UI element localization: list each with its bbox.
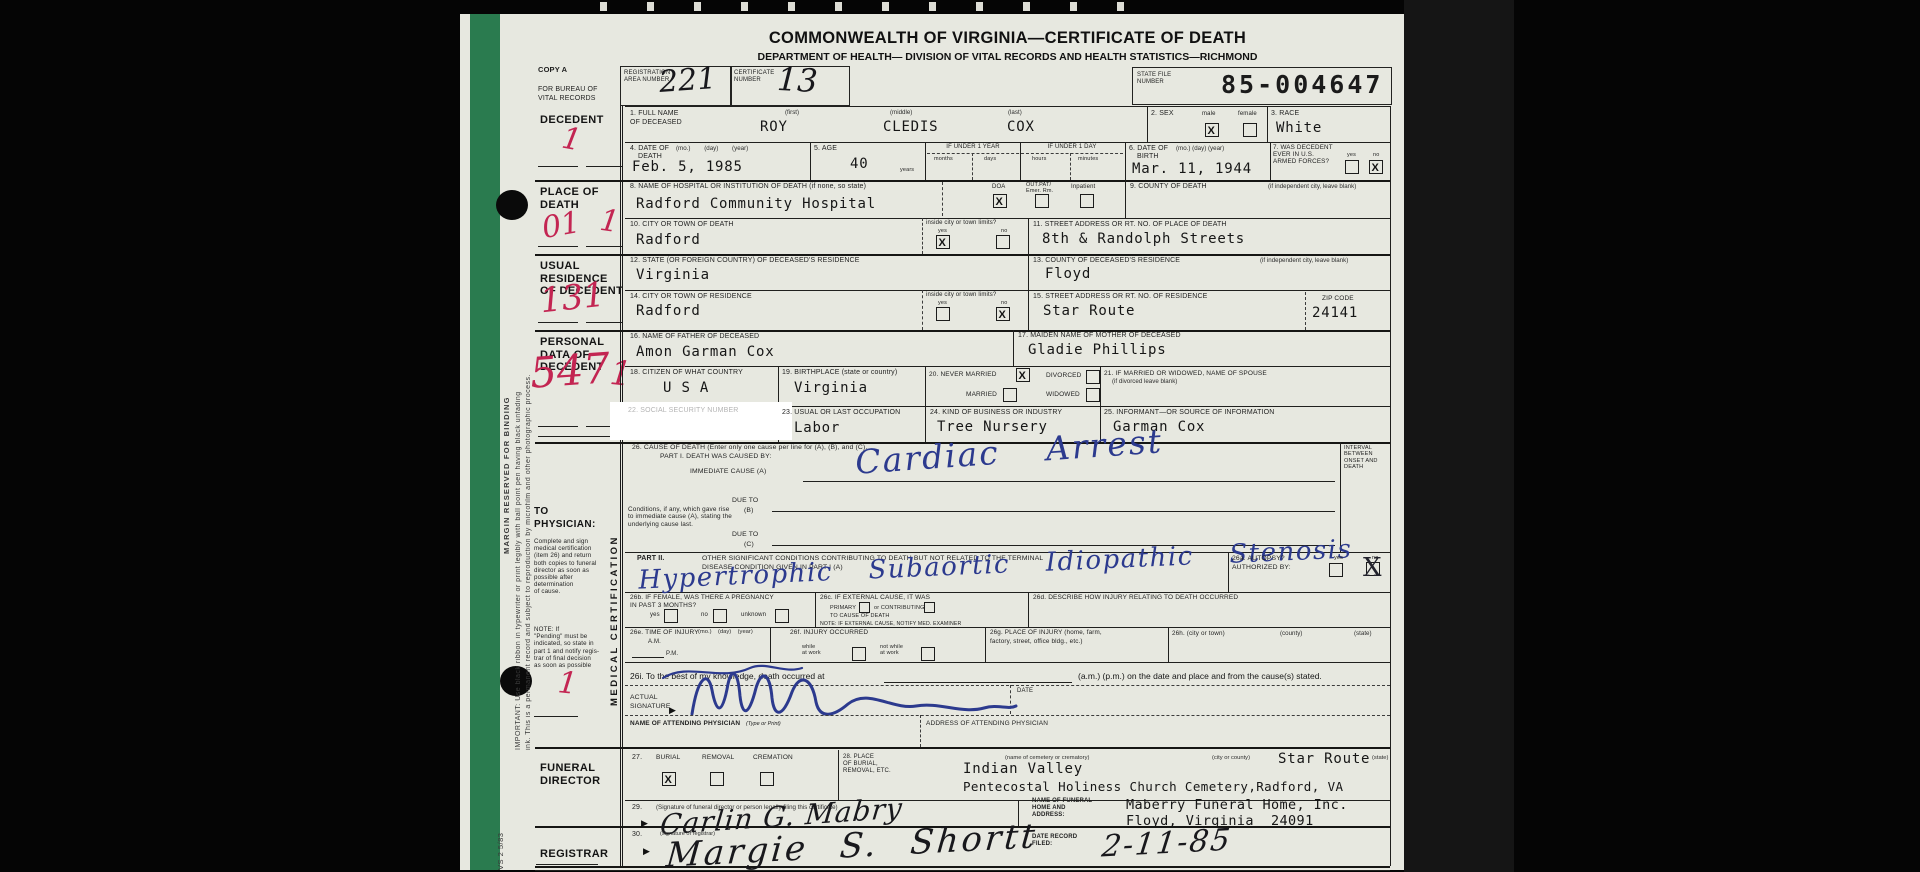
blank-line	[538, 322, 578, 323]
rule	[625, 627, 1390, 628]
field-5-value: 40	[850, 156, 868, 172]
rule	[927, 153, 1123, 154]
zip-value: 24141	[1312, 305, 1358, 321]
copy-for-label: FOR BUREAU OF VITAL RECORDS	[538, 86, 598, 103]
rule	[1125, 142, 1126, 180]
state-file-number-box: STATE FILE NUMBER 85-004647	[1132, 67, 1392, 105]
field-10-yes-label: yes	[938, 228, 947, 234]
zip-label: ZIP CODE	[1322, 295, 1354, 303]
field-17-label: 17. MAIDEN NAME OF MOTHER OF DECEASED	[1018, 332, 1181, 341]
form-code: VS 2 5/83	[496, 810, 505, 870]
minutes-label: minutes	[1078, 156, 1098, 162]
field-24-label: 24. KIND OF BUSINESS OR INDUSTRY	[930, 409, 1062, 418]
rule	[810, 142, 811, 180]
field-15-value: Star Route	[1043, 303, 1135, 319]
preg-no-label: no	[701, 612, 708, 619]
field-26f-label: 26f. INJURY OCCURRED	[790, 629, 868, 637]
field-28-hint-2: (city or county)	[1212, 755, 1250, 761]
checkbox-f14-inside-yes	[936, 307, 950, 321]
rule	[535, 870, 1390, 871]
death-certificate-document: MARGIN RESERVED FOR BINDING IMPORTANT: U…	[460, 14, 1404, 870]
scanner-backing	[1404, 0, 1514, 872]
rule	[925, 142, 926, 180]
checkbox-external-primary	[859, 602, 870, 613]
field-1-first-hint: (first)	[785, 109, 799, 116]
part-2-label: PART II.	[637, 555, 665, 564]
rule	[1125, 180, 1126, 218]
margin-binding-note: MARGIN RESERVED FOR BINDING	[502, 134, 511, 554]
field-14-label: 14. CITY OR TOWN OF RESIDENCE	[630, 293, 752, 302]
state-file-number-value: 85-004647	[1221, 70, 1383, 99]
field-25-label: 25. INFORMANT—OR SOURCE OF INFORMATION	[1104, 409, 1274, 418]
field-26e-hint: (mo.) (day) (year)	[698, 629, 753, 635]
burial-label: BURIAL	[656, 754, 680, 762]
rule	[535, 254, 1390, 256]
rule	[625, 366, 1390, 367]
field-5-years-label: years	[900, 167, 914, 173]
field-10-inside-label: inside city or town limits?	[926, 220, 996, 227]
pending-note: NOTE: If "Pending" must be indicated, so…	[534, 626, 624, 669]
field-3-value: White	[1276, 120, 1322, 136]
rule	[920, 715, 921, 747]
field-20-never-married-label: 20. NEVER MARRIED	[929, 371, 997, 379]
field-10-value: Radford	[636, 232, 701, 248]
field-23-value: Labor	[794, 420, 840, 436]
field-26-header-2: PART I. DEATH WAS CAUSED BY:	[660, 453, 771, 462]
field-15-label: 15. STREET ADDRESS OR RT. NO. OF RESIDEN…	[1033, 293, 1207, 302]
checkbox-burial	[662, 772, 676, 786]
date-record-filed-label: DATE RECORD FILED:	[1032, 834, 1077, 848]
field-8-label: 8. NAME OF HOSPITAL OR INSTITUTION OF DE…	[630, 183, 866, 192]
field-14-value: Radford	[636, 303, 701, 319]
state-file-number-label: STATE FILE NUMBER	[1137, 72, 1171, 86]
registration-number-box: REGISTRATION AREA NUMBER 221	[620, 66, 732, 106]
not-while-at-work-label: not while at work	[880, 644, 903, 656]
blank-line	[534, 716, 578, 717]
checkbox-cremation	[760, 772, 774, 786]
form-right-border	[1390, 106, 1391, 866]
blank-line	[538, 166, 578, 167]
checkbox-f10-inside-no	[996, 235, 1010, 249]
field-19-value: Virginia	[794, 380, 868, 396]
physician-instructions: Complete and sign medical certification …	[534, 538, 624, 596]
field-28-line-1: Indian Valley	[963, 761, 1083, 777]
certificate-number-value: 13	[776, 60, 819, 100]
due-to-c-sub: (C)	[744, 541, 754, 550]
checkbox-sex-female	[1243, 123, 1257, 137]
checkbox-injury-at-work	[852, 647, 866, 661]
attending-physician-name-hint: (Type or Print)	[746, 721, 781, 727]
checkbox-pregnancy-yes	[664, 609, 678, 623]
rule	[1267, 106, 1268, 142]
due-to-b-label: DUE TO	[732, 497, 758, 506]
field-26i-text-2: (a.m.) (p.m.) on the date and place and …	[1078, 671, 1322, 681]
field-16-value: Amon Garman Cox	[636, 344, 774, 360]
field-22-label: 22. SOCIAL SECURITY NUMBER	[628, 407, 738, 416]
field-12-value: Virginia	[636, 267, 710, 283]
am-label: A.M.	[648, 639, 661, 646]
hours-label: hours	[1032, 156, 1047, 162]
rule	[625, 106, 1390, 107]
field-27-label: 27.	[632, 754, 642, 763]
checkbox-outpatient	[1035, 194, 1049, 208]
checkbox-inpatient	[1080, 194, 1094, 208]
rule	[838, 750, 839, 800]
primary-label: PRIMARY	[830, 605, 856, 611]
field-9-label: 9. COUNTY OF DEATH	[1130, 183, 1207, 192]
months-label: months	[934, 156, 953, 162]
checkbox-f10-inside-yes	[936, 235, 950, 249]
field-13-label: 13. COUNTY OF DECEASED'S RESIDENCE	[1033, 257, 1180, 266]
margin-important-note-1: IMPORTANT: Use black ribbon in typewrite…	[515, 100, 522, 750]
blank-line	[536, 864, 598, 865]
rule	[535, 330, 1390, 332]
checkbox-forces-yes	[1345, 160, 1359, 174]
rule	[815, 592, 816, 627]
field-5-label: 5. AGE	[814, 145, 837, 154]
rule	[1305, 292, 1306, 330]
checkbox-external-contributing	[924, 602, 935, 613]
preg-yes-label: yes	[650, 612, 660, 619]
field-20-widowed-label: WIDOWED	[1046, 391, 1080, 399]
rule	[535, 747, 1390, 749]
blank-line	[586, 246, 622, 247]
rule	[535, 180, 1390, 182]
field-26-header-1: 26. CAUSE OF DEATH (Enter only one cause…	[632, 444, 867, 453]
rule	[925, 366, 926, 442]
rule	[922, 290, 923, 330]
checkbox-injury-not-at-work	[921, 647, 935, 661]
field-26c-label-2: TO CAUSE OF DEATH	[830, 613, 890, 619]
rule	[625, 715, 1390, 716]
attending-physician-name-label: NAME OF ATTENDING PHYSICIAN	[630, 720, 740, 728]
page-subtitle: DEPARTMENT OF HEALTH— DIVISION OF VITAL …	[625, 51, 1390, 63]
doa-label: DOA	[992, 184, 1005, 191]
rule	[1070, 153, 1071, 180]
days-label: days	[984, 156, 996, 162]
certificate-number-label: CERTIFICATE NUMBER	[734, 70, 774, 84]
field-30-label: 30.	[632, 831, 642, 840]
checkbox-sex-male	[1205, 123, 1219, 137]
attending-physician-address-label: ADDRESS OF ATTENDING PHYSICIAN	[926, 720, 1048, 728]
funeral-home-line-1: Maberry Funeral Home, Inc.	[1126, 797, 1348, 813]
page-title: COMMONWEALTH OF VIRGINIA—CERTIFICATE OF …	[625, 29, 1390, 48]
rule	[1168, 627, 1169, 662]
rule	[1028, 592, 1029, 627]
hole-punch-top	[496, 190, 528, 220]
immediate-cause-label: IMMEDIATE CAUSE (A)	[690, 468, 766, 477]
rule	[1028, 218, 1029, 254]
field-7-label: 7. WAS DECEDENT EVER IN U.S. ARMED FORCE…	[1273, 144, 1333, 166]
field-26d-label: 26d. DESCRIBE HOW INJURY RELATING TO DEA…	[1033, 594, 1238, 602]
rule	[1013, 330, 1014, 366]
field-9-hint: (if independent city, leave blank)	[1268, 183, 1356, 190]
field-18-label: 18. CITIZEN OF WHAT COUNTRY	[630, 369, 743, 378]
registrar-signature-arrow-icon	[643, 841, 650, 859]
rule	[625, 592, 1390, 593]
field-4-units-hint: (mo.) (day) (year)	[676, 145, 748, 152]
checkbox-widowed	[1086, 388, 1100, 402]
checkbox-pregnancy-no	[713, 609, 727, 623]
field-1-middle-value: CLEDIS	[883, 119, 938, 135]
due-to-c-label: DUE TO	[732, 531, 758, 540]
under-1-day-label: IF UNDER 1 DAY	[1022, 144, 1122, 151]
autopsy-yes-label: yes	[1334, 555, 1343, 561]
annotation-place-b: 1	[598, 203, 622, 240]
field-7-yes-label: yes	[1347, 152, 1356, 158]
field-10-no-label: no	[1001, 228, 1007, 234]
field-26b-label: 26b. IF FEMALE, WAS THERE A PREGNANCY IN…	[630, 594, 774, 609]
field-3-label: 3. RACE	[1271, 110, 1299, 119]
annotation-residence: 131	[538, 275, 607, 322]
field-13-hint: (if independent city, leave blank)	[1260, 257, 1348, 264]
date-record-filed-value: 2-11-85	[1100, 822, 1234, 864]
rule	[1020, 142, 1021, 180]
blank-line	[586, 322, 622, 323]
conditions-note: Conditions, if any, which gave rise to i…	[628, 506, 732, 528]
field-20-divorced-label: DIVORCED	[1046, 372, 1082, 380]
field-11-value: 8th & Randolph Streets	[1042, 231, 1245, 247]
binding-strip	[470, 14, 500, 870]
field-28-hint-3: (state)	[1372, 755, 1388, 761]
certificate-number-box: CERTIFICATE NUMBER 13	[730, 66, 850, 106]
blank-line	[586, 166, 622, 167]
registration-number-value: 221	[658, 61, 718, 100]
rule	[770, 627, 771, 662]
cause-a-line	[803, 481, 1335, 482]
form-left-border	[620, 106, 623, 866]
field-21-hint: (if divorced leave blank)	[1112, 378, 1177, 385]
annotation-physician: 1	[556, 665, 579, 702]
rule	[1028, 254, 1029, 290]
field-6-value: Mar. 11, 1944	[1132, 161, 1252, 177]
rule	[1028, 290, 1029, 330]
field-26h-county-hint: (county)	[1280, 630, 1302, 637]
field-19-label: 19. BIRTHPLACE (state or country)	[782, 369, 897, 378]
checkbox-divorced	[1086, 370, 1100, 384]
field-1-first-value: ROY	[760, 119, 788, 135]
margin-important-note-2: ink. This is a permanent record and subj…	[525, 100, 532, 750]
under-1-year-label: IF UNDER 1 YEAR	[927, 144, 1019, 151]
blank-line	[538, 426, 578, 427]
rule	[942, 182, 943, 216]
annotation-place-a: 01	[539, 205, 583, 246]
field-4-value: Feb. 5, 1985	[632, 159, 743, 175]
funeral-signature-arrow-icon	[641, 813, 648, 831]
field-1-last-hint: (last)	[1008, 109, 1022, 116]
checkbox-autopsy-no	[1366, 562, 1380, 576]
field-2-label: 2. SEX	[1151, 110, 1174, 119]
field-26h-state-hint: (state)	[1354, 630, 1372, 637]
field-14-inside-label: inside city or town limits?	[926, 292, 996, 299]
checkbox-never-married	[1016, 368, 1030, 382]
section-label-to-physician: TO PHYSICIAN:	[534, 506, 596, 531]
field-26c-label-1: 26c. IF EXTERNAL CAUSE, IT WAS	[820, 594, 930, 602]
field-23-label: 23. USUAL OR LAST OCCUPATION	[782, 409, 900, 418]
checkbox-removal	[710, 772, 724, 786]
field-20-married-label: MARRIED	[966, 391, 997, 399]
cause-b-line	[772, 511, 1335, 512]
field-7-no-label: no	[1373, 152, 1379, 158]
field-1-label: 1. FULL NAME OF DECEASED	[630, 110, 682, 127]
field-11-label: 11. STREET ADDRESS OR RT. NO. OF PLACE O…	[1033, 221, 1227, 230]
field-14-yes-label: yes	[938, 300, 947, 306]
field-14-no-label: no	[1001, 300, 1007, 306]
field-18-value: U S A	[663, 380, 709, 396]
section-label-registrar: REGISTRAR	[540, 848, 608, 861]
field-26a-label: 26a. AUTOPSY? AUTHORIZED BY:	[1232, 555, 1291, 572]
checkbox-pregnancy-unknown	[775, 609, 789, 623]
checkbox-forces-no	[1369, 160, 1383, 174]
removal-label: REMOVAL	[702, 754, 734, 762]
field-6-units-hint: (mo.) (day) (year)	[1176, 145, 1224, 152]
field-1-last-value: COX	[1007, 119, 1035, 135]
scan-edge-ticks	[560, 2, 1160, 11]
field-12-label: 12. STATE (OR FOREIGN COUNTRY) OF DECEAS…	[630, 257, 860, 266]
checkbox-f14-inside-no	[996, 307, 1010, 321]
field-13-value: Floyd	[1045, 266, 1091, 282]
field-28-line-2: Pentecostal Holiness Church Cemetery,Rad…	[963, 779, 1343, 794]
checkbox-doa	[993, 194, 1007, 208]
rule	[625, 290, 1390, 291]
checkbox-married	[1003, 388, 1017, 402]
field-16-label: 16. NAME OF FATHER OF DECEASED	[630, 333, 759, 342]
field-2-male-label: male	[1202, 111, 1216, 118]
rule	[1270, 142, 1271, 180]
section-label-funeral-director: FUNERAL DIRECTOR	[540, 762, 600, 787]
funeral-home-label: NAME OF FUNERAL HOME AND ADDRESS:	[1032, 798, 1092, 819]
field-1-middle-hint: (middle)	[890, 109, 912, 116]
contributing-label: or CONTRIBUTING	[874, 605, 925, 611]
rule	[922, 218, 923, 254]
field-2-female-label: female	[1238, 111, 1257, 118]
rule	[972, 153, 973, 180]
blank-line	[538, 246, 578, 247]
while-at-work-label: while at work	[802, 644, 821, 656]
copy-label: COPY A	[538, 66, 567, 75]
annotation-personal-a: 547	[528, 343, 611, 397]
field-26c-note: NOTE: IF EXTERNAL CAUSE, NOTIFY MED. EXA…	[820, 620, 961, 629]
field-17-value: Gladie Phillips	[1028, 342, 1166, 358]
rule	[985, 627, 986, 662]
inpatient-label: Inpatient	[1071, 184, 1095, 191]
rule	[535, 866, 1390, 868]
due-to-b-sub: (B)	[744, 507, 754, 516]
field-21-label: 21. IF MARRIED OR WIDOWED, NAME OF SPOUS…	[1104, 370, 1267, 378]
interval-label: INTERVAL BETWEEN ONSET AND DEATH	[1344, 445, 1388, 471]
actual-signature-label: ACTUAL SIGNATURE	[630, 694, 671, 711]
preg-unknown-label: unknown	[741, 612, 766, 619]
field-8-value: Radford Community Hospital	[636, 196, 876, 212]
field-26h-label: 26h. (city or town)	[1172, 630, 1225, 639]
field-26e-label: 26e. TIME OF INJURY	[630, 629, 699, 637]
field-26g-label: 26g. PLACE OF INJURY (home, farm, factor…	[990, 629, 1102, 646]
field-29-label: 29.	[632, 804, 642, 813]
field-10-label: 10. CITY OR TOWN OF DEATH	[630, 221, 734, 230]
cremation-label: CREMATION	[753, 754, 793, 762]
checkbox-autopsy-yes	[1329, 563, 1343, 577]
field-28-label: 28. PLACE OF BURIAL, REMOVAL, ETC.	[843, 754, 891, 775]
rule	[625, 218, 1390, 219]
field-28-city-value: Star Route	[1278, 751, 1370, 767]
pm-label: P.M.	[666, 651, 678, 658]
rule	[1147, 106, 1148, 142]
rule	[625, 142, 1390, 143]
outpat-label: OUT.PAT/ Emer. Rm.	[1026, 182, 1053, 194]
